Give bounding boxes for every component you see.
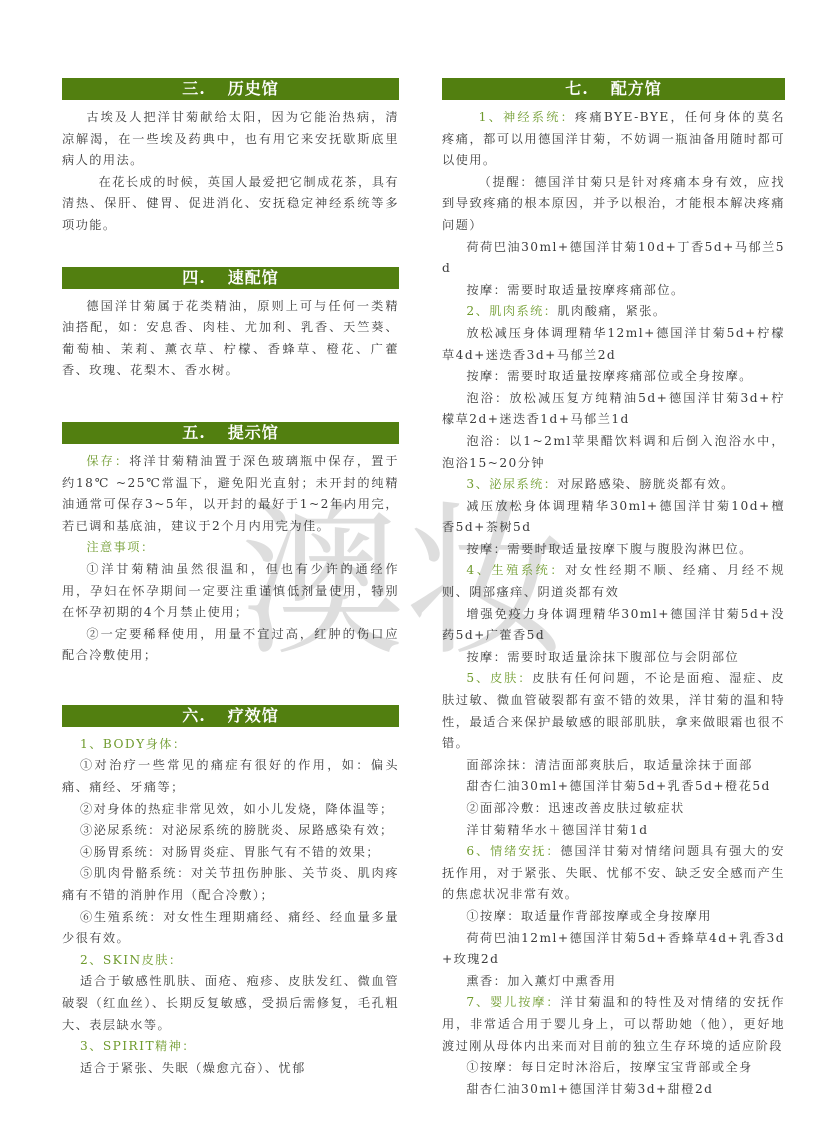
- effect-item: 适合于敏感性肌肤、面疮、疱疹、皮肤发红、微血管破裂（红血丝）、长期反复敏感，受损…: [62, 971, 399, 1036]
- paragraph: 古埃及人把洋甘菊献给太阳，因为它能治热病，清凉解渴，在一些埃及药典中，也有用它来…: [62, 107, 399, 172]
- note-item: ①洋甘菊精油虽然很温和，但也有少许的通经作用，孕妇在怀孕期间一定要注重谨慎低剂量…: [62, 559, 399, 624]
- section-history: 三.历史馆 古埃及人把洋甘菊献给太阳，因为它能治热病，清凉解渴，在一些埃及药典中…: [62, 78, 399, 237]
- section-header-history: 三.历史馆: [62, 78, 399, 100]
- formula-reproductive: 4、生殖系统：对女性经期不顺、经痛、月经不规则、阴部瘙痒、阴道炎都有效: [442, 560, 785, 603]
- section-tips: 五.提示馆 保存：将洋甘菊精油置于深色玻璃瓶中保存，置于约18℃ ~25℃常温下…: [62, 422, 399, 667]
- formula-label: 1、神经系统：: [479, 110, 575, 124]
- section-header-formula: 七.配方馆: [442, 78, 785, 100]
- formula-emotion: 6、情绪安抚：德国洋甘菊对情绪问题具有强大的安抚作用，对于紧张、失眠、忧郁不安、…: [442, 841, 785, 906]
- formula-bath: 泡浴：放松减压复方纯精油5d+德国洋甘菊3d+柠檬草2d+迷迭香1d+马郁兰1d: [442, 388, 785, 431]
- formula-label: 5、皮肤：: [466, 671, 532, 685]
- formula-text: 对尿路感染、膀胱炎都有效。: [557, 477, 734, 491]
- formula-usage: 按摩：需要时取适量涂抹下腹部位与会阴部位: [442, 647, 785, 669]
- note-item: ②一定要稀释使用，用量不宜过高，红肿的伤口应配合冷敷使用；: [62, 624, 399, 667]
- section-title: 疗效馆: [228, 706, 279, 725]
- formula-urinary: 3、泌尿系统：对尿路感染、膀胱炎都有效。: [442, 474, 785, 496]
- section-number: 四.: [182, 268, 206, 287]
- effect-item: ④肠胃系统：对肠胃炎症、胃胀气有不错的效果；: [62, 842, 399, 864]
- formula-recipe: 荷荷巴油12ml+德国洋甘菊5d+香蜂草4d+乳香3d+玫瑰2d: [442, 928, 785, 971]
- formula-recipe: 甜杏仁油30ml+德国洋甘菊5d+乳香5d+橙花5d: [442, 776, 785, 798]
- formula-aroma: 熏香：加入薰灯中熏香用: [442, 971, 785, 993]
- effect-item: ⑤肌肉骨骼系统：对关节扭伤肿胀、关节炎、肌肉疼痛有不错的消肿作用（配合冷敷）；: [62, 863, 399, 906]
- formula-recipe: 增强免疫力身体调理精华30ml+德国洋甘菊5d+没药5d+广藿香5d: [442, 604, 785, 647]
- effect-item: ②对身体的热症非常见效，如小儿发烧，降体温等；: [62, 799, 399, 821]
- formula-massage: ①按摩：每日定时沐浴后，按摩宝宝背部或全身: [442, 1057, 785, 1079]
- effect-item: ③泌尿系统：对泌尿系统的膀胱炎、尿路感染有效；: [62, 820, 399, 842]
- formula-compress: ②面部冷敷：迅速改善皮肤过敏症状: [442, 798, 785, 820]
- section-number: 五.: [182, 423, 206, 442]
- section-number: 七.: [565, 79, 589, 98]
- formula-recipe: 甜杏仁油30ml+德国洋甘菊3d+甜橙2d: [442, 1079, 785, 1101]
- section-number: 六.: [182, 706, 206, 725]
- formula-nervous: 1、神经系统：疼痛BYE-BYE，任何身体的莫名疼痛，都可以用德国洋甘菊，不妨调…: [442, 107, 785, 172]
- formula-label: 2、肌肉系统：: [466, 304, 557, 318]
- group-label-skin: 2、SKIN皮肤：: [62, 950, 399, 972]
- section-title: 速配馆: [228, 268, 279, 287]
- formula-face: 面部涂抹：清洁面部爽肤后，取适量涂抹于面部: [442, 755, 785, 777]
- effect-item: 适合于紧张、失眠（燥愈亢奋）、忧郁: [62, 1058, 399, 1080]
- formula-muscle: 2、肌肉系统：肌肉酸痛，紧张。: [442, 301, 785, 323]
- formula-label: 7、婴儿按摩：: [466, 995, 560, 1009]
- formula-massage: ①按摩：取适量作背部按摩或全身按摩用: [442, 906, 785, 928]
- section-formula: 七.配方馆 1、神经系统：疼痛BYE-BYE，任何身体的莫名疼痛，都可以用德国洋…: [442, 78, 785, 1100]
- right-column: 七.配方馆 1、神经系统：疼痛BYE-BYE，任何身体的莫名疼痛，都可以用德国洋…: [442, 78, 785, 1100]
- formula-skin: 5、皮肤：皮肤有任何问题，不论是面疱、湿症、皮肤过敏、微血管破裂都有蛮不错的效果…: [442, 668, 785, 754]
- section-effects: 六.疗效馆 1、BODY身体： ①对治疗一些常见的痛症有很好的作用，如：偏头痛、…: [62, 705, 399, 1080]
- formula-label: 4、生殖系统：: [466, 563, 565, 577]
- section-title: 提示馆: [228, 423, 279, 442]
- formula-recipe: 荷荷巴油30ml+德国洋甘菊10d+丁香5d+马郁兰5d: [442, 237, 785, 280]
- notes-label: 注意事项：: [62, 537, 399, 559]
- formula-reminder: （提醒：德国洋甘菊只是针对疼痛本身有效，应找到导致疼痛的根本原因，并予以根治，才…: [442, 172, 785, 237]
- effect-item: ①对治疗一些常见的痛症有很好的作用，如：偏头痛、痛经、牙痛等；: [62, 755, 399, 798]
- formula-label: 3、泌尿系统：: [466, 477, 557, 491]
- formula-usage: 按摩：需要时取适量按摩疼痛部位或全身按摩。: [442, 366, 785, 388]
- storage-label: 保存：: [86, 454, 129, 468]
- storage-paragraph: 保存：将洋甘菊精油置于深色玻璃瓶中保存，置于约18℃ ~25℃常温下，避免阳光直…: [62, 451, 399, 537]
- effect-item: ⑥生殖系统：对女性生理期痛经、痛经、经血量多量少很有效。: [62, 907, 399, 950]
- formula-recipe: 减压放松身体调理精华30ml+德国洋甘菊10d+檀香5d+茶树5d: [442, 496, 785, 539]
- formula-bath: 泡浴：以1~2ml苹果醋饮料调和后倒入泡浴水中，泡浴15~20分钟: [442, 431, 785, 474]
- section-blend: 四.速配馆 德国洋甘菊属于花类精油，原则上可与任何一类精油搭配，如：安息香、肉桂…: [62, 267, 399, 382]
- section-header-tips: 五.提示馆: [62, 422, 399, 444]
- section-number: 三.: [182, 79, 206, 98]
- formula-label: 6、情绪安抚：: [466, 844, 560, 858]
- formula-recipe: 放松减压身体调理精华12ml+德国洋甘菊5d+柠檬草4d+迷迭香3d+马郁兰2d: [442, 323, 785, 366]
- formula-usage: 按摩：需要时取适量按摩下腹与腹股沟淋巴位。: [442, 539, 785, 561]
- group-label-body: 1、BODY身体：: [62, 734, 399, 756]
- paragraph: 在花长成的时候，英国人最爱把它制成花茶，具有清热、保肝、健胃、促进消化、安抚稳定…: [62, 172, 399, 237]
- formula-usage: 按摩：需要时取适量按摩疼痛部位。: [442, 280, 785, 302]
- formula-text: 肌肉酸痛，紧张。: [557, 304, 666, 318]
- paragraph: 德国洋甘菊属于花类精油，原则上可与任何一类精油搭配，如：安息香、肉桂、尤加利、乳…: [62, 296, 399, 382]
- left-column: 三.历史馆 古埃及人把洋甘菊献给太阳，因为它能治热病，清凉解渴，在一些埃及药典中…: [62, 78, 399, 1079]
- group-label-spirit: 3、SPIRIT精神：: [62, 1036, 399, 1058]
- formula-recipe: 洋甘菊精华水＋德国洋甘菊1d: [442, 820, 785, 842]
- section-title: 历史馆: [228, 79, 279, 98]
- section-header-effects: 六.疗效馆: [62, 705, 399, 727]
- section-title: 配方馆: [611, 79, 662, 98]
- section-header-blend: 四.速配馆: [62, 267, 399, 289]
- formula-baby: 7、婴儿按摩：洋甘菊温和的特性及对情绪的安抚作用，非常适合用于婴儿身上，可以帮助…: [442, 992, 785, 1057]
